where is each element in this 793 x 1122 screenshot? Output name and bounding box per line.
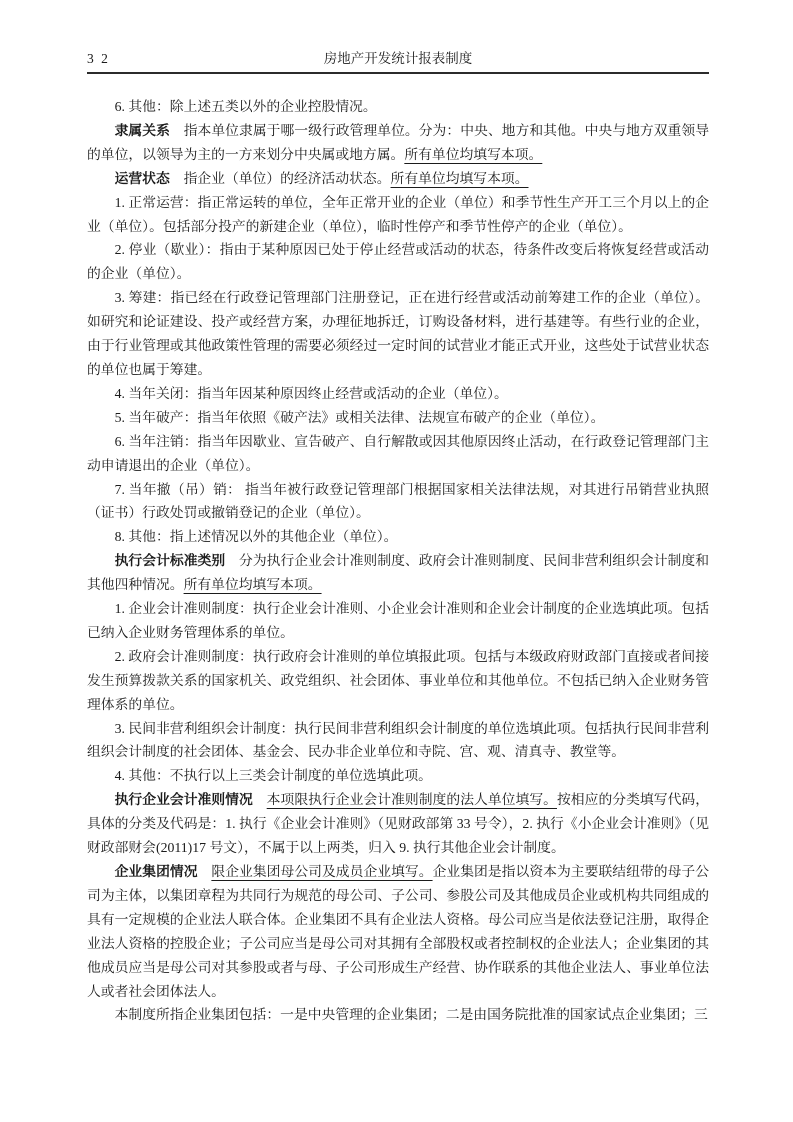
paragraph: 2. 政府会计准则制度：执行政府会计准则的单位填报此项。包括与本级政府财政部门直… bbox=[87, 645, 709, 717]
term-label: 执行会计标准类别 bbox=[115, 553, 226, 568]
document-page: 3 2 房地产开发统计报表制度 6. 其他：除上述五类以外的企业控股情况。隶属关… bbox=[0, 0, 793, 1122]
paragraph: 执行会计标准类别 分为执行企业会计准则制度、政府会计准则制度、民间非营利组织会计… bbox=[87, 549, 709, 597]
text-segment: 5. 当年破产：指当年依照《破产法》或相关法律、法规宣布破产的企业（单位）。 bbox=[115, 410, 605, 425]
underlined-text: 所有单位均填写本项。 bbox=[184, 577, 322, 592]
page-title: 房地产开发统计报表制度 bbox=[324, 50, 473, 68]
text-segment: 3. 筹建：指已经在行政登记管理部门注册登记，正在进行经营或活动前筹建工作的企业… bbox=[87, 290, 709, 377]
text-segment bbox=[253, 792, 267, 807]
paragraph: 企业集团情况 限企业集团母公司及成员企业填写。企业集团是指以资本为主要联结纽带的… bbox=[87, 860, 709, 1003]
page-number: 3 2 bbox=[87, 50, 110, 68]
text-segment: 指本单位隶属于哪一级行政管理单位。分为：中央、地方和其他。中央与地方双重领导的单… bbox=[87, 123, 709, 162]
text-segment: 企业集团是指以资本为主要联结纽带的母子公司为主体，以集团章程为共同行为规范的母公… bbox=[87, 864, 709, 999]
paragraph: 3. 筹建：指已经在行政登记管理部门注册登记，正在进行经营或活动前筹建工作的企业… bbox=[87, 286, 709, 382]
paragraph: 1. 正常运营：指正常运转的单位，全年正常开业的企业（单位）和季节性生产开工三个… bbox=[87, 191, 709, 239]
paragraph: 4. 其他：不执行以上三类会计制度的单位选填此项。 bbox=[87, 764, 709, 788]
underlined-text: 所有单位均填写本项。 bbox=[404, 147, 542, 162]
term-label: 企业集团情况 bbox=[115, 864, 198, 879]
text-segment: 3. 民间非营利组织会计制度：执行民间非营利组织会计制度的单位选填此项。包括执行… bbox=[87, 721, 709, 760]
term-label: 运营状态 bbox=[115, 171, 170, 186]
text-segment: 1. 企业会计准则制度：执行企业会计准则、小企业会计准则和企业会计制度的企业选填… bbox=[87, 601, 709, 640]
paragraph: 7. 当年撤（吊）销： 指当年被行政登记管理部门根据国家相关法律法规，对其进行吊… bbox=[87, 478, 709, 526]
text-segment: 2. 停业（歇业）：指由于某种原因已处于停止经营或活动的状态，待条件改变后将恢复… bbox=[87, 242, 709, 281]
underlined-text: 限企业集团母公司及成员企业填写。 bbox=[211, 864, 432, 879]
paragraph: 5. 当年破产：指当年依照《破产法》或相关法律、法规宣布破产的企业（单位）。 bbox=[87, 406, 709, 430]
underlined-text: 本项限执行企业会计准则制度的法人单位填写。 bbox=[267, 792, 557, 807]
text-segment: 2. 政府会计准则制度：执行政府会计准则的单位填报此项。包括与本级政府财政部门直… bbox=[87, 649, 709, 712]
paragraph: 6. 当年注销：指当年因歇业、宣告破产、自行解散或因其他原因终止活动，在行政登记… bbox=[87, 430, 709, 478]
paragraph: 3. 民间非营利组织会计制度：执行民间非营利组织会计制度的单位选填此项。包括执行… bbox=[87, 717, 709, 765]
text-segment: 6. 当年注销：指当年因歇业、宣告破产、自行解散或因其他原因终止活动，在行政登记… bbox=[87, 434, 709, 473]
paragraph: 2. 停业（歇业）：指由于某种原因已处于停止经营或活动的状态，待条件改变后将恢复… bbox=[87, 238, 709, 286]
term-label: 执行企业会计准则情况 bbox=[115, 792, 253, 807]
term-label: 隶属关系 bbox=[115, 123, 170, 138]
paragraph: 6. 其他：除上述五类以外的企业控股情况。 bbox=[87, 95, 709, 119]
text-segment bbox=[198, 864, 212, 879]
text-segment: 指企业（单位）的经济活动状态。 bbox=[170, 171, 391, 186]
page-header: 3 2 房地产开发统计报表制度 bbox=[87, 50, 709, 74]
paragraph: 运营状态 指企业（单位）的经济活动状态。所有单位均填写本项。 bbox=[87, 167, 709, 191]
text-segment: 4. 当年关闭：指当年因某种原因终止经营或活动的企业（单位）。 bbox=[115, 386, 508, 401]
paragraph: 4. 当年关闭：指当年因某种原因终止经营或活动的企业（单位）。 bbox=[87, 382, 709, 406]
text-segment: 1. 正常运营：指正常运转的单位，全年正常开业的企业（单位）和季节性生产开工三个… bbox=[87, 195, 709, 234]
text-segment: 7. 当年撤（吊）销： 指当年被行政登记管理部门根据国家相关法律法规，对其进行吊… bbox=[87, 482, 709, 521]
paragraph: 隶属关系 指本单位隶属于哪一级行政管理单位。分为：中央、地方和其他。中央与地方双… bbox=[87, 119, 709, 167]
text-segment: 6. 其他：除上述五类以外的企业控股情况。 bbox=[115, 99, 377, 114]
paragraph: 8. 其他：指上述情况以外的其他企业（单位）。 bbox=[87, 525, 709, 549]
paragraph: 执行企业会计准则情况 本项限执行企业会计准则制度的法人单位填写。按相应的分类填写… bbox=[87, 788, 709, 860]
underlined-text: 所有单位均填写本项。 bbox=[391, 171, 529, 186]
text-segment: 4. 其他：不执行以上三类会计制度的单位选填此项。 bbox=[115, 768, 432, 783]
text-segment: 本制度所指企业集团包括：一是中央管理的企业集团；二是由国务院批准的国家试点企业集… bbox=[115, 1007, 708, 1022]
document-body: 6. 其他：除上述五类以外的企业控股情况。隶属关系 指本单位隶属于哪一级行政管理… bbox=[87, 95, 709, 1027]
text-segment: 8. 其他：指上述情况以外的其他企业（单位）。 bbox=[115, 529, 398, 544]
paragraph: 1. 企业会计准则制度：执行企业会计准则、小企业会计准则和企业会计制度的企业选填… bbox=[87, 597, 709, 645]
paragraph: 本制度所指企业集团包括：一是中央管理的企业集团；二是由国务院批准的国家试点企业集… bbox=[87, 1003, 709, 1027]
